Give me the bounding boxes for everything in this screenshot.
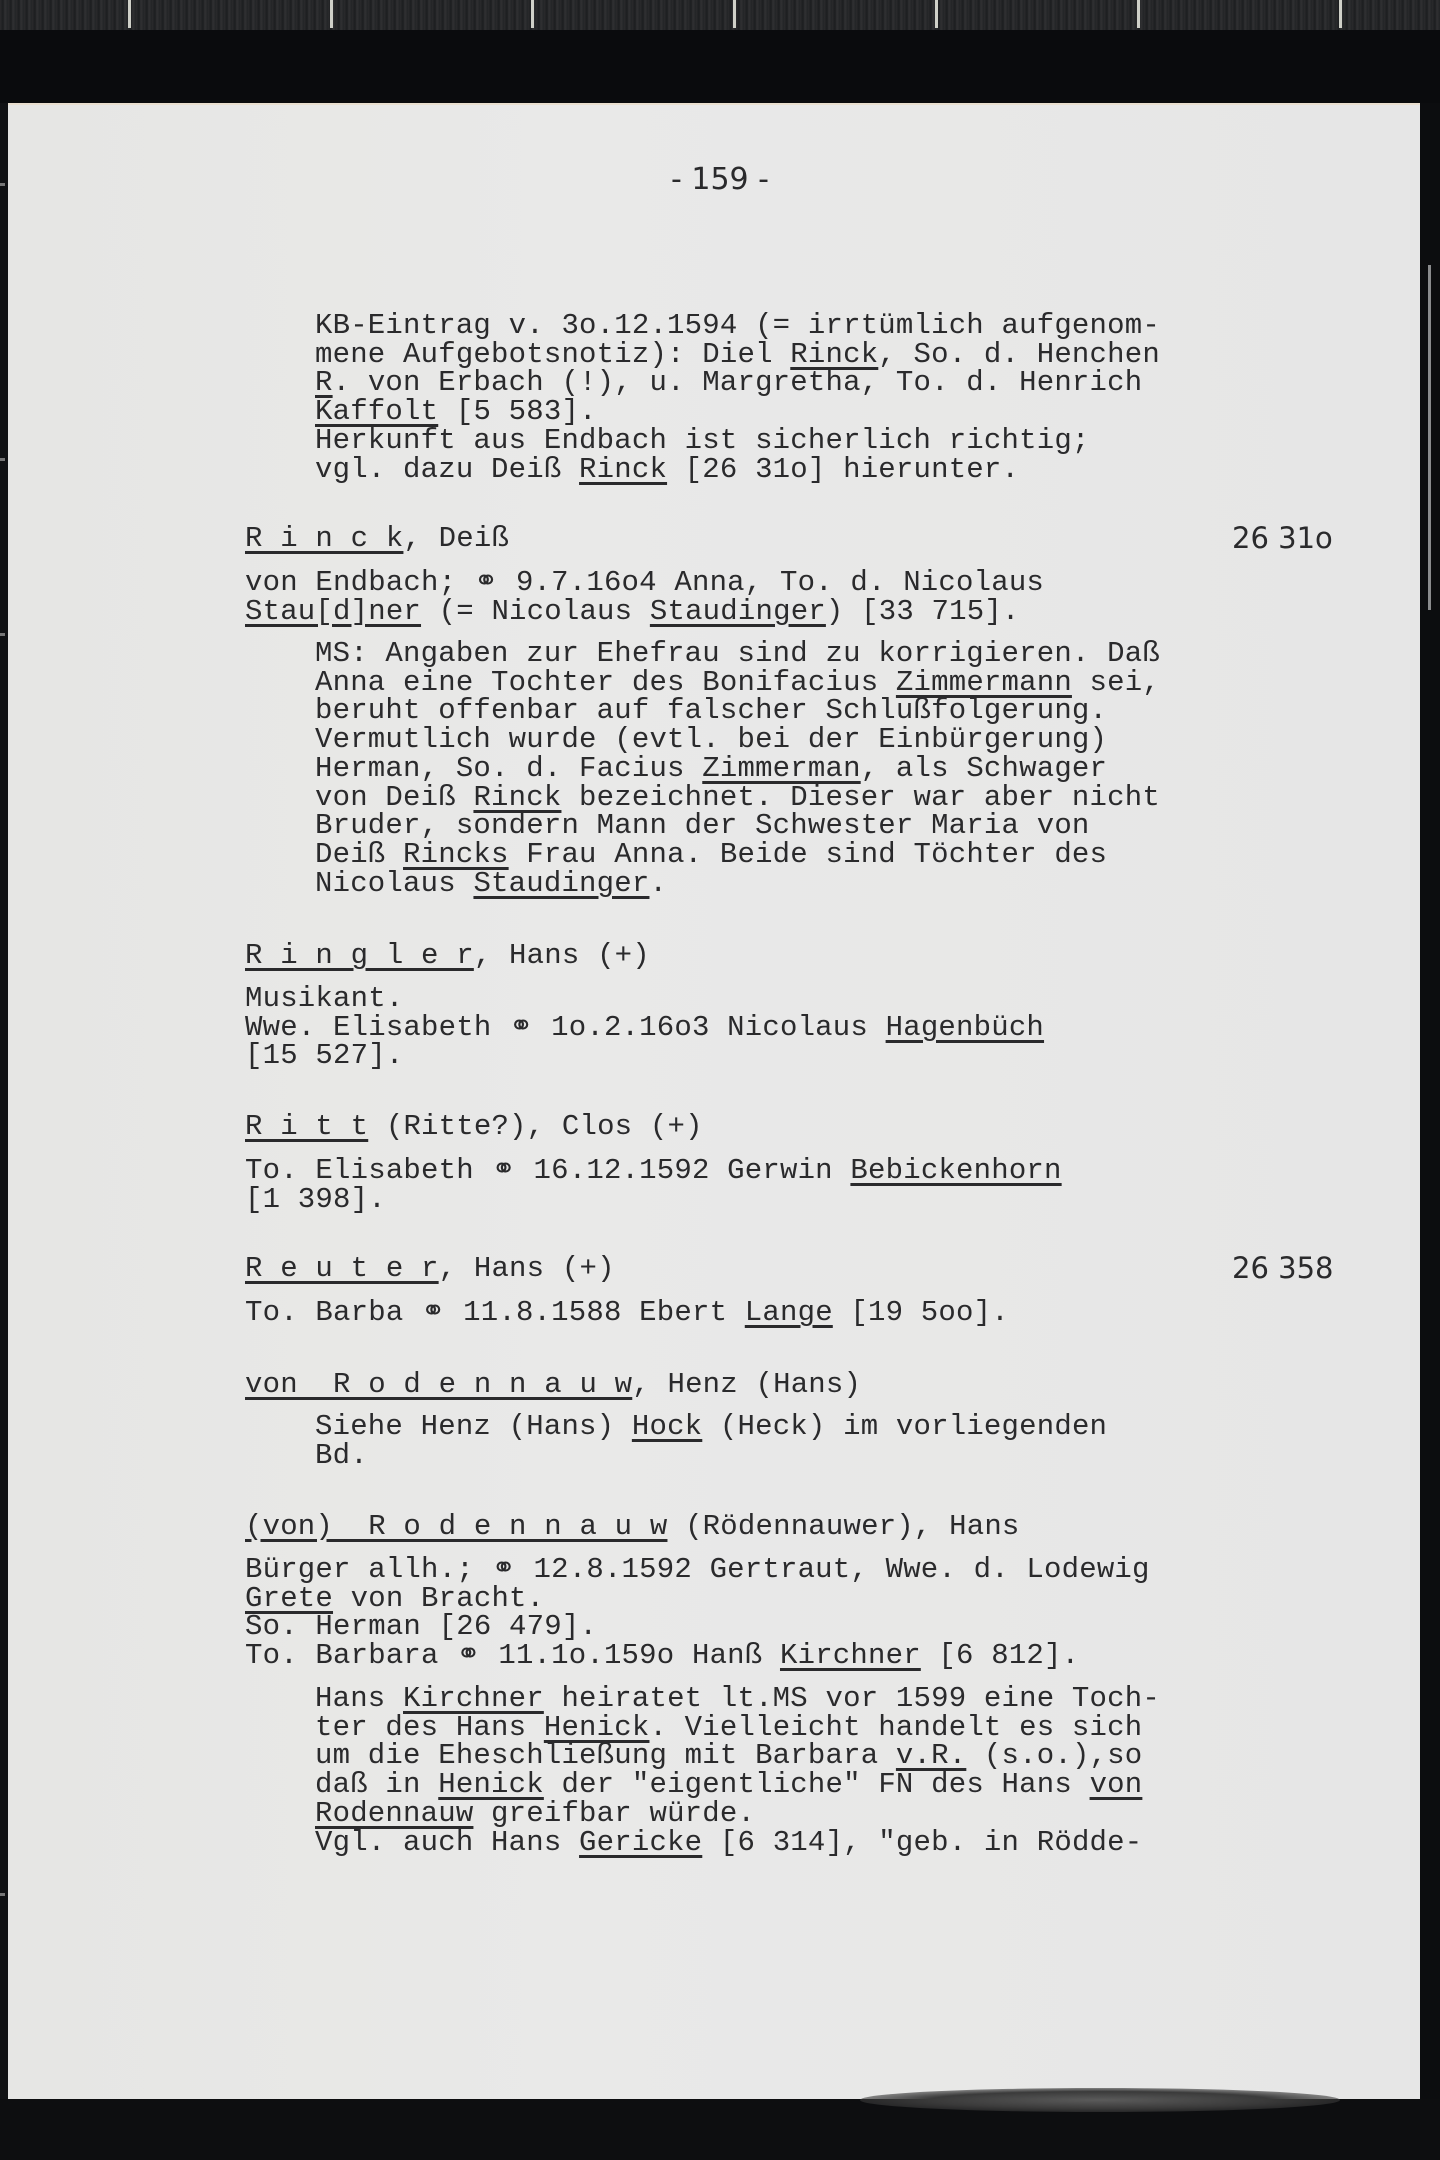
text-segment: , Hans (+)	[439, 1252, 615, 1285]
text-segment: To. Barba ⚭ 11.8.1588 Ebert	[245, 1296, 745, 1329]
film-strip-top	[0, 0, 1440, 30]
underlined-name: von R o d e n n a u w	[245, 1368, 632, 1401]
text-segment: [26 31o] hierunter.	[667, 453, 1019, 486]
entry-heading: R i t t (Ritte?), Clos (+)	[245, 1112, 703, 1141]
film-tick	[1137, 0, 1140, 28]
text-segment: To. Barbara ⚭ 11.1o.159o Hanß	[245, 1639, 780, 1672]
underlined-name: Gericke	[579, 1826, 702, 1859]
scan-border-top	[0, 30, 1440, 103]
underlined-name: Kirchner	[780, 1639, 921, 1672]
entry-note-line: Herman, So. d. Facius Zimmerman, als Sch…	[315, 754, 1107, 783]
entry-body-line: Wwe. Elisabeth ⚭ 1o.2.16o3 Nicolaus Hage…	[245, 1013, 1044, 1042]
entry-note-line: Anna eine Tochter des Bonifacius Zimmerm…	[315, 668, 1160, 697]
film-tick	[733, 0, 736, 28]
entry-body-line: To. Barba ⚭ 11.8.1588 Ebert Lange [19 5o…	[245, 1298, 1009, 1327]
underlined-name: (von) R o d e n n a u w	[245, 1510, 667, 1543]
scan-smudge	[860, 2088, 1340, 2112]
page-number: - 159 -	[0, 162, 1440, 197]
entry-note-line: um die Eheschließung mit Barbara v.R. (s…	[315, 1741, 1142, 1770]
entry-note-line: Vermutlich wurde (evtl. bei der Einbürge…	[315, 725, 1107, 754]
text-segment: , Deiß	[403, 522, 509, 555]
entry-note-line: Rodennauw greifbar würde.	[315, 1799, 755, 1828]
entry-heading: R e u t e r, Hans (+)	[245, 1254, 615, 1283]
text-segment: Bd.	[315, 1439, 368, 1472]
entry-heading: R i n g l e r, Hans (+)	[245, 941, 650, 970]
text-segment: [19 5oo].	[833, 1296, 1009, 1329]
text-segment: (= Nicolaus	[421, 595, 650, 628]
edge-mark	[0, 1893, 5, 1896]
text-segment: [6 812].	[921, 1639, 1079, 1672]
entry-body-line: [15 527].	[245, 1041, 403, 1070]
entry-body-line: Musikant.	[245, 984, 403, 1013]
entry-body-line: Grete von Bracht.	[245, 1584, 544, 1613]
edge-mark	[0, 633, 5, 636]
text-segment: (Heck) im vorliegenden	[702, 1410, 1107, 1443]
edge-mark	[0, 458, 5, 461]
entry-note-line: Bd.	[315, 1441, 368, 1470]
text-segment: (Ritte?), Clos (+)	[368, 1110, 702, 1143]
underlined-name: Rinck	[579, 453, 667, 486]
text-segment: [6 314], "geb. in Rödde-	[702, 1826, 1142, 1859]
entry-note-line: ter des Hans Henick. Vielleicht handelt …	[315, 1713, 1142, 1742]
underlined-name: Hagenbüch	[886, 1011, 1044, 1044]
entry-note-line: Bruder, sondern Mann der Schwester Maria…	[315, 811, 1090, 840]
entry-note-line: von Deiß Rinck bezeichnet. Dieser war ab…	[315, 783, 1160, 812]
intro-paragraph-line: mene Aufgebotsnotiz): Diel Rinck, So. d.…	[315, 340, 1160, 369]
underlined-name: R i t t	[245, 1110, 368, 1143]
entry-note-line: daß in Henick der "eigentliche" FN des H…	[315, 1770, 1142, 1799]
intro-paragraph-line: KB-Eintrag v. 3o.12.1594 (= irrtümlich a…	[315, 311, 1160, 340]
underlined-name: R e u t e r	[245, 1252, 439, 1285]
underlined-name: von	[1090, 1768, 1143, 1801]
entry-heading: von R o d e n n a u w, Henz (Hans)	[245, 1370, 861, 1399]
text-segment: [1 398].	[245, 1183, 386, 1216]
entry-reference-number: 26 358	[1232, 1254, 1333, 1283]
intro-paragraph-line: Herkunft aus Endbach ist sicherlich rich…	[315, 426, 1090, 455]
underlined-name: R i n g l e r	[245, 939, 474, 972]
text-segment: Nicolaus	[315, 867, 473, 900]
entry-heading: R i n c k, Deiß	[245, 524, 509, 553]
text-segment: Vgl. auch Hans	[315, 1826, 579, 1859]
entry-reference-number: 26 31o	[1232, 524, 1333, 553]
entry-body-line: Stau[d]ner (= Nicolaus Staudinger) [33 7…	[245, 597, 1020, 626]
intro-paragraph-line: R. von Erbach (!), u. Margretha, To. d. …	[315, 368, 1142, 397]
entry-note-line: Nicolaus Staudinger.	[315, 869, 667, 898]
scan-edge-line	[1428, 265, 1431, 610]
underlined-name: Bebickenhorn	[850, 1154, 1061, 1187]
intro-paragraph-line: vgl. dazu Deiß Rinck [26 31o] hierunter.	[315, 455, 1019, 484]
film-tick	[935, 0, 938, 28]
entry-note-line: Deiß Rincks Frau Anna. Beide sind Töchte…	[315, 840, 1107, 869]
underlined-name: Staudinger	[650, 595, 826, 628]
entry-note-line: beruht offenbar auf falscher Schlußfolge…	[315, 696, 1107, 725]
underlined-name: Hock	[632, 1410, 702, 1443]
underlined-name: Stau[d]ner	[245, 595, 421, 628]
entry-note-line: Vgl. auch Hans Gericke [6 314], "geb. in…	[315, 1828, 1142, 1857]
text-segment: ) [33 715].	[826, 595, 1020, 628]
text-segment: (Rödennauwer), Hans	[667, 1510, 1019, 1543]
film-tick	[330, 0, 333, 28]
text-segment: [15 527].	[245, 1039, 403, 1072]
underlined-name: Lange	[745, 1296, 833, 1329]
text-segment: , Hans (+)	[474, 939, 650, 972]
entry-note-line: Siehe Henz (Hans) Hock (Heck) im vorlieg…	[315, 1412, 1107, 1441]
entry-body-line: von Endbach; ⚭ 9.7.16o4 Anna, To. d. Nic…	[245, 568, 1044, 597]
text-segment: .	[649, 867, 667, 900]
film-tick	[128, 0, 131, 28]
film-tick	[1339, 0, 1342, 28]
entry-heading: (von) R o d e n n a u w (Rödennauwer), H…	[245, 1512, 1020, 1541]
entry-body-line: To. Elisabeth ⚭ 16.12.1592 Gerwin Bebick…	[245, 1156, 1062, 1185]
entry-body-line: [1 398].	[245, 1185, 386, 1214]
text-segment: , Henz (Hans)	[632, 1368, 861, 1401]
entry-body-line: So. Herman [26 479].	[245, 1612, 597, 1641]
film-tick	[531, 0, 534, 28]
entry-note-line: MS: Angaben zur Ehefrau sind zu korrigie…	[315, 639, 1160, 668]
entry-body-line: To. Barbara ⚭ 11.1o.159o Hanß Kirchner […	[245, 1641, 1079, 1670]
entry-body-line: Bürger allh.; ⚭ 12.8.1592 Gertraut, Wwe.…	[245, 1555, 1150, 1584]
underlined-name: Staudinger	[473, 867, 649, 900]
entry-note-line: Hans Kirchner heiratet lt.MS vor 1599 ei…	[315, 1684, 1160, 1713]
scan-border-left	[0, 103, 8, 2103]
text-segment: vgl. dazu Deiß	[315, 453, 579, 486]
intro-paragraph-line: Kaffolt [5 583].	[315, 397, 597, 426]
underlined-name: R i n c k	[245, 522, 403, 555]
